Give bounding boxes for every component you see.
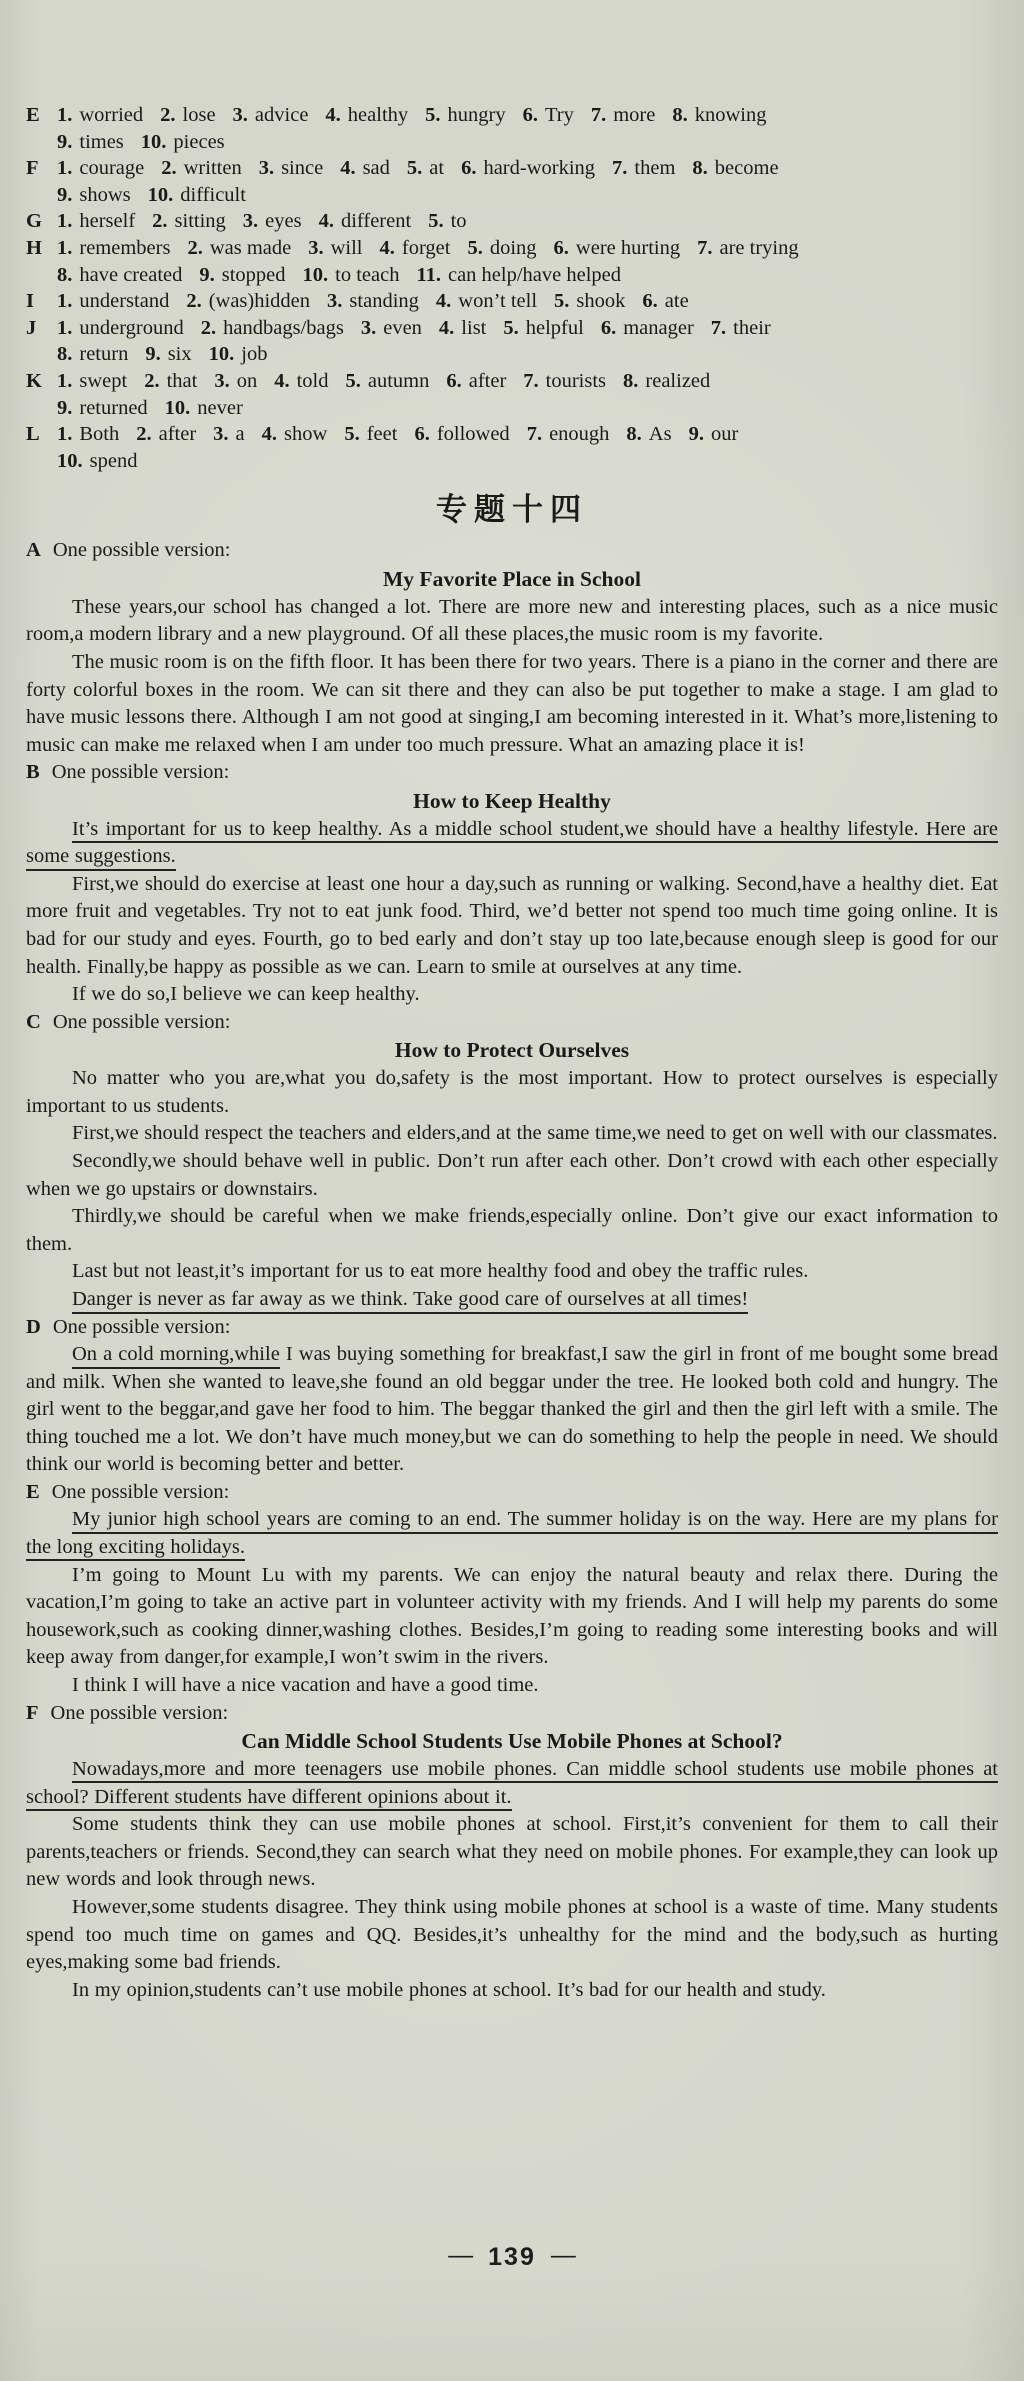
answer-item: 3.on bbox=[214, 368, 257, 395]
essay-paragraph: First,we should do exercise at least one… bbox=[26, 871, 998, 981]
answer-item-number: 3. bbox=[213, 423, 228, 445]
answer-item-number: 4. bbox=[436, 290, 451, 312]
underlined-text-segment: On a cold morning,while bbox=[72, 1343, 280, 1369]
answer-item: 8.realized bbox=[623, 368, 710, 395]
answer-item-text: to teach bbox=[335, 264, 399, 286]
essay-section: AOne possible version:My Favorite Place … bbox=[26, 537, 998, 759]
answer-item-number: 8. bbox=[57, 343, 72, 365]
answer-item: 7.their bbox=[711, 315, 771, 342]
answer-row: L1.Both2.after3.a4.show5.feet6.followed7… bbox=[26, 421, 998, 474]
answer-item-text: list bbox=[461, 317, 486, 339]
answer-row-line: F1.courage2.written3.since4.sad5.at6.har… bbox=[26, 155, 998, 182]
answer-item: 9.shows bbox=[57, 182, 131, 209]
essay-intro-line: AOne possible version: bbox=[26, 537, 998, 564]
answer-row-label: E bbox=[26, 102, 57, 129]
essay-title: How to Protect Ourselves bbox=[26, 1036, 998, 1065]
page-number: 139 bbox=[488, 2243, 536, 2271]
essay-intro-line: EOne possible version: bbox=[26, 1479, 998, 1506]
answer-item-number: 4. bbox=[319, 210, 334, 232]
answer-item-number: 9. bbox=[145, 343, 160, 365]
essay-paragraph: On a cold morning,while I was buying som… bbox=[26, 1341, 998, 1479]
answer-item: 3.since bbox=[259, 155, 324, 182]
answer-item-text: shows bbox=[79, 184, 130, 206]
answer-item-number: 2. bbox=[201, 317, 216, 339]
answer-item: 4.forget bbox=[380, 235, 451, 262]
answer-item-text: even bbox=[383, 317, 422, 339]
answer-row-line: 10.spend bbox=[26, 448, 998, 475]
answer-item-number: 1. bbox=[57, 157, 72, 179]
essay-title: How to Keep Healthy bbox=[26, 787, 998, 816]
essay-intro-text: One possible version: bbox=[53, 539, 231, 561]
answer-item-number: 5. bbox=[407, 157, 422, 179]
answer-item-text: hard-working bbox=[483, 157, 595, 179]
answer-item: 3.even bbox=[361, 315, 422, 342]
answer-item-text: ate bbox=[665, 290, 689, 312]
answer-item: 5.at bbox=[407, 155, 444, 182]
essay-paragraph: These years,our school has changed a lot… bbox=[26, 594, 998, 649]
answer-item-text: swept bbox=[79, 370, 127, 392]
answer-item: 2.lose bbox=[160, 102, 215, 129]
answer-item-text: their bbox=[733, 317, 771, 339]
answer-item: 4.won’t tell bbox=[436, 288, 537, 315]
answer-item-number: 3. bbox=[327, 290, 342, 312]
answer-item: 10.to teach bbox=[303, 262, 400, 289]
footer-right-dash: — bbox=[551, 2241, 576, 2269]
answer-item-number: 1. bbox=[57, 370, 72, 392]
answer-item-text: are trying bbox=[719, 237, 798, 259]
essay-section: DOne possible version:On a cold morning,… bbox=[26, 1314, 998, 1479]
answer-item-number: 11. bbox=[416, 264, 441, 286]
essay-section-label: E bbox=[26, 1481, 40, 1503]
answer-item-number: 3. bbox=[214, 370, 229, 392]
answer-item: 6.followed bbox=[414, 421, 509, 448]
answer-item-text: doing bbox=[490, 237, 537, 259]
answer-item-text: return bbox=[79, 343, 128, 365]
answer-item-number: 2. bbox=[136, 423, 151, 445]
answer-item-number: 1. bbox=[57, 317, 72, 339]
answer-item-number: 8. bbox=[57, 264, 72, 286]
underlined-text-segment: Danger is never as far away as we think.… bbox=[72, 1288, 748, 1314]
answer-item-text: more bbox=[613, 104, 655, 126]
answer-item-number: 5. bbox=[344, 423, 359, 445]
answer-item-text: Try bbox=[545, 104, 574, 126]
underlined-text-segment: It’s important for us to keep healthy. A… bbox=[26, 818, 998, 871]
essay-paragraph: Danger is never as far away as we think.… bbox=[26, 1286, 998, 1314]
answer-item-number: 6. bbox=[642, 290, 657, 312]
answer-item: 11.can help/have helped bbox=[416, 262, 621, 289]
answer-item-text: will bbox=[331, 237, 363, 259]
answer-row-label: G bbox=[26, 208, 57, 235]
essay-paragraph: Some students think they can use mobile … bbox=[26, 1811, 998, 1894]
answer-row-label: L bbox=[26, 421, 57, 448]
answer-item-text: herself bbox=[79, 210, 135, 232]
text-segment: Secondly,we should behave well in public… bbox=[26, 1150, 998, 1200]
answer-item: 5.shook bbox=[554, 288, 625, 315]
answer-item-number: 9. bbox=[689, 423, 704, 445]
answer-item-number: 8. bbox=[692, 157, 707, 179]
answer-item-text: autumn bbox=[368, 370, 430, 392]
answer-row-label: F bbox=[26, 155, 57, 182]
answer-item-text: sad bbox=[363, 157, 390, 179]
text-segment: These years,our school has changed a lot… bbox=[26, 596, 998, 646]
answer-row-line: J1.underground2.handbags/bags3.even4.lis… bbox=[26, 315, 998, 342]
answer-item-number: 10. bbox=[165, 397, 191, 419]
answer-item-text: at bbox=[429, 157, 444, 179]
answer-row-line: 9.shows10.difficult bbox=[26, 182, 998, 209]
answer-item-number: 3. bbox=[233, 104, 248, 126]
essay-section: BOne possible version:How to Keep Health… bbox=[26, 759, 998, 1009]
answer-item: 9.stopped bbox=[199, 262, 285, 289]
answer-item: 4.list bbox=[439, 315, 486, 342]
page-footer: —139— bbox=[0, 2243, 1024, 2272]
answer-item-text: was made bbox=[210, 237, 291, 259]
answer-item-text: to bbox=[451, 210, 467, 232]
answer-item-text: have created bbox=[79, 264, 182, 286]
answer-item-number: 7. bbox=[523, 370, 538, 392]
answer-item-text: hungry bbox=[448, 104, 506, 126]
answer-item-number: 5. bbox=[554, 290, 569, 312]
essay-paragraph: If we do so,I believe we can keep health… bbox=[26, 981, 998, 1009]
answer-item: 5.autumn bbox=[345, 368, 429, 395]
answer-item: 3.will bbox=[308, 235, 362, 262]
answer-item-number: 1. bbox=[57, 237, 72, 259]
answer-item-text: enough bbox=[549, 423, 609, 445]
answer-item-number: 4. bbox=[325, 104, 340, 126]
answer-item-text: Both bbox=[79, 423, 119, 445]
answer-item-number: 6. bbox=[601, 317, 616, 339]
answer-item-number: 8. bbox=[626, 423, 641, 445]
essay-paragraph: The music room is on the fifth floor. It… bbox=[26, 649, 998, 759]
answer-item: 1.worried bbox=[57, 102, 143, 129]
essay-paragraph: Last but not least,it’s important for us… bbox=[26, 1258, 998, 1286]
underlined-text-segment: My junior high school years are coming t… bbox=[26, 1508, 998, 1561]
answer-item-text: healthy bbox=[348, 104, 408, 126]
answer-item: 2.(was)hidden bbox=[186, 288, 310, 315]
answer-item-number: 3. bbox=[361, 317, 376, 339]
text-segment: I think I will have a nice vacation and … bbox=[72, 1674, 539, 1696]
text-segment: I’m going to Mount Lu with my parents. W… bbox=[26, 1564, 998, 1669]
answer-item: 6.manager bbox=[601, 315, 694, 342]
essay-paragraph: I think I will have a nice vacation and … bbox=[26, 1672, 998, 1700]
answer-item-text: spend bbox=[90, 450, 138, 472]
answer-item-text: pieces bbox=[173, 131, 224, 153]
essay-title: Can Middle School Students Use Mobile Ph… bbox=[26, 1727, 998, 1756]
answer-item-number: 2. bbox=[144, 370, 159, 392]
answer-item: 1.swept bbox=[57, 368, 127, 395]
answer-item: 6.were hurting bbox=[554, 235, 681, 262]
answer-item: 9.returned bbox=[57, 395, 148, 422]
answer-item-text: were hurting bbox=[576, 237, 680, 259]
essay-section-label: F bbox=[26, 1702, 39, 1724]
answer-item-number: 3. bbox=[308, 237, 323, 259]
essay-intro-line: BOne possible version: bbox=[26, 759, 998, 786]
answer-item-text: never bbox=[197, 397, 243, 419]
answer-item: 7.are trying bbox=[697, 235, 799, 262]
answer-item-number: 6. bbox=[414, 423, 429, 445]
text-segment: The music room is on the fifth floor. It… bbox=[26, 651, 998, 756]
answer-item: 5.hungry bbox=[425, 102, 505, 129]
essay-intro-text: One possible version: bbox=[52, 761, 230, 783]
answer-row-label: H bbox=[26, 235, 57, 262]
answer-item-number: 1. bbox=[57, 290, 72, 312]
answer-item-text: written bbox=[184, 157, 242, 179]
answer-item-text: won’t tell bbox=[458, 290, 537, 312]
answer-item: 1.courage bbox=[57, 155, 144, 182]
answer-item-text: remembers bbox=[79, 237, 170, 259]
answer-item-number: 4. bbox=[439, 317, 454, 339]
answer-item-number: 7. bbox=[711, 317, 726, 339]
answer-item-text: worried bbox=[79, 104, 143, 126]
answer-row-line: L1.Both2.after3.a4.show5.feet6.followed7… bbox=[26, 421, 998, 448]
answer-item-number: 10. bbox=[141, 131, 167, 153]
answer-item-number: 6. bbox=[446, 370, 461, 392]
answer-item-number: 5. bbox=[467, 237, 482, 259]
answer-item: 8.become bbox=[692, 155, 778, 182]
answer-item: 9.six bbox=[145, 341, 191, 368]
answer-item-text: underground bbox=[79, 317, 183, 339]
answer-item: 4.show bbox=[262, 421, 328, 448]
answer-item-text: lose bbox=[183, 104, 216, 126]
answer-item-number: 1. bbox=[57, 210, 72, 232]
answer-item: 7.them bbox=[612, 155, 675, 182]
answer-item-text: courage bbox=[79, 157, 144, 179]
text-segment: In my opinion,students can’t use mobile … bbox=[72, 1979, 826, 2001]
answer-row: F1.courage2.written3.since4.sad5.at6.har… bbox=[26, 155, 998, 208]
answer-item: 6.after bbox=[446, 368, 506, 395]
answer-item-number: 4. bbox=[274, 370, 289, 392]
answer-row: G1.herself2.sitting3.eyes4.different5.to bbox=[26, 208, 998, 235]
answer-row: E1.worried2.lose3.advice4.healthy5.hungr… bbox=[26, 102, 998, 155]
answer-item: 7.tourists bbox=[523, 368, 606, 395]
answer-item-text: them bbox=[634, 157, 675, 179]
answer-item-number: 10. bbox=[303, 264, 329, 286]
answer-item-text: sitting bbox=[175, 210, 226, 232]
answer-item-number: 3. bbox=[243, 210, 258, 232]
answer-row-line: 9.returned10.never bbox=[26, 395, 998, 422]
answer-item-text: (was)hidden bbox=[209, 290, 310, 312]
answer-item: 3.a bbox=[213, 421, 244, 448]
answer-item: 2.sitting bbox=[152, 208, 226, 235]
answer-item-number: 5. bbox=[428, 210, 443, 232]
essay-paragraph: No matter who you are,what you do,safety… bbox=[26, 1065, 998, 1120]
answer-item-text: can help/have helped bbox=[448, 264, 621, 286]
answer-item: 3.eyes bbox=[243, 208, 302, 235]
answer-row-line: I1.understand2.(was)hidden3.standing4.wo… bbox=[26, 288, 998, 315]
footer-left-dash: — bbox=[448, 2241, 473, 2269]
essay-title: My Favorite Place in School bbox=[26, 565, 998, 594]
answer-item-number: 2. bbox=[152, 210, 167, 232]
answer-item-text: difficult bbox=[180, 184, 246, 206]
answer-item: 5.doing bbox=[467, 235, 536, 262]
answer-item: 1.underground bbox=[57, 315, 184, 342]
answer-row-line: 8.have created9.stopped10.to teach11.can… bbox=[26, 262, 998, 289]
essay-paragraph: However,some students disagree. They thi… bbox=[26, 1894, 998, 1977]
answer-row-line: E1.worried2.lose3.advice4.healthy5.hungr… bbox=[26, 102, 998, 129]
answer-item: 3.advice bbox=[233, 102, 309, 129]
answer-item: 2.was made bbox=[187, 235, 291, 262]
answer-row-line: 9.times10.pieces bbox=[26, 129, 998, 156]
answer-item-number: 10. bbox=[57, 450, 83, 472]
answer-item-text: feet bbox=[367, 423, 398, 445]
answer-item-number: 7. bbox=[697, 237, 712, 259]
essay-paragraph: First,we should respect the teachers and… bbox=[26, 1120, 998, 1148]
answer-item-number: 9. bbox=[57, 131, 72, 153]
answer-item-text: shook bbox=[576, 290, 625, 312]
answer-row: I1.understand2.(was)hidden3.standing4.wo… bbox=[26, 288, 998, 315]
answer-item-text: told bbox=[297, 370, 329, 392]
answer-item-text: As bbox=[649, 423, 672, 445]
text-segment: First,we should respect the teachers and… bbox=[72, 1122, 998, 1144]
answer-item-number: 5. bbox=[345, 370, 360, 392]
essay-intro-text: One possible version: bbox=[51, 1702, 229, 1724]
answer-item-text: different bbox=[341, 210, 411, 232]
answer-item-text: helpful bbox=[526, 317, 584, 339]
answer-item-text: realized bbox=[645, 370, 710, 392]
answer-item: 2.handbags/bags bbox=[201, 315, 344, 342]
answer-row-line: G1.herself2.sitting3.eyes4.different5.to bbox=[26, 208, 998, 235]
essay-intro-text: One possible version: bbox=[53, 1316, 231, 1338]
essay-paragraph: It’s important for us to keep healthy. A… bbox=[26, 816, 998, 871]
answer-item: 8.knowing bbox=[672, 102, 766, 129]
essay-paragraph: In my opinion,students can’t use mobile … bbox=[26, 1977, 998, 2005]
answer-item: 9.our bbox=[689, 421, 739, 448]
answer-item: 1.remembers bbox=[57, 235, 170, 262]
text-segment: Some students think they can use mobile … bbox=[26, 1813, 998, 1890]
scanned-book-page: E1.worried2.lose3.advice4.healthy5.hungr… bbox=[0, 0, 1024, 2004]
answer-item-number: 8. bbox=[623, 370, 638, 392]
answer-item: 1.understand bbox=[57, 288, 169, 315]
answer-item-text: since bbox=[281, 157, 323, 179]
answer-item: 10.spend bbox=[57, 448, 137, 475]
answer-item: 10.difficult bbox=[148, 182, 246, 209]
answer-item-text: on bbox=[237, 370, 258, 392]
essay-section: EOne possible version:My junior high sch… bbox=[26, 1479, 998, 1700]
answer-item-text: tourists bbox=[546, 370, 606, 392]
answer-item: 5.feet bbox=[344, 421, 397, 448]
essay-paragraph: Nowadays,more and more teenagers use mob… bbox=[26, 1756, 998, 1811]
answer-item-number: 4. bbox=[262, 423, 277, 445]
answer-item: 8.return bbox=[57, 341, 128, 368]
answer-row-label: J bbox=[26, 315, 57, 342]
answer-item: 9.times bbox=[57, 129, 124, 156]
answer-item-text: handbags/bags bbox=[223, 317, 344, 339]
answer-item-text: knowing bbox=[695, 104, 767, 126]
answer-item: 6.hard-working bbox=[461, 155, 595, 182]
answer-item-text: our bbox=[711, 423, 738, 445]
answer-item: 5.helpful bbox=[503, 315, 583, 342]
answer-item-number: 6. bbox=[523, 104, 538, 126]
answer-item-number: 9. bbox=[57, 184, 72, 206]
answer-item: 10.never bbox=[165, 395, 243, 422]
essay-section: FOne possible version:Can Middle School … bbox=[26, 1700, 998, 2005]
answer-item-number: 2. bbox=[160, 104, 175, 126]
essay-paragraph: Secondly,we should behave well in public… bbox=[26, 1148, 998, 1203]
answer-item-text: after bbox=[159, 423, 197, 445]
answer-item: 7.enough bbox=[527, 421, 610, 448]
answer-item-text: standing bbox=[349, 290, 418, 312]
answer-item-number: 1. bbox=[57, 104, 72, 126]
answer-item: 2.that bbox=[144, 368, 197, 395]
answer-row-label: K bbox=[26, 368, 57, 395]
answer-item: 5.to bbox=[428, 208, 466, 235]
text-segment: Last but not least,it’s important for us… bbox=[72, 1260, 808, 1282]
essay-section: COne possible version:How to Protect Our… bbox=[26, 1009, 998, 1314]
essay-intro-line: FOne possible version: bbox=[26, 1700, 998, 1727]
answer-row-line: K1.swept2.that3.on4.told5.autumn6.after7… bbox=[26, 368, 998, 395]
essay-paragraph: I’m going to Mount Lu with my parents. W… bbox=[26, 1562, 998, 1672]
answer-item-text: a bbox=[236, 423, 245, 445]
answer-item-number: 5. bbox=[503, 317, 518, 339]
answer-item-number: 7. bbox=[527, 423, 542, 445]
answer-row-line: 8.return9.six10.job bbox=[26, 341, 998, 368]
text-segment: If we do so,I believe we can keep health… bbox=[72, 983, 420, 1005]
answer-item-number: 6. bbox=[554, 237, 569, 259]
essay-paragraph: Thirdly,we should be careful when we mak… bbox=[26, 1203, 998, 1258]
answer-item-number: 2. bbox=[187, 237, 202, 259]
answer-item-text: advice bbox=[255, 104, 309, 126]
answer-item-text: show bbox=[284, 423, 327, 445]
answer-item-text: six bbox=[168, 343, 192, 365]
answer-item-text: after bbox=[469, 370, 507, 392]
answer-item-text: understand bbox=[79, 290, 169, 312]
answer-item-text: followed bbox=[437, 423, 510, 445]
answer-item-number: 2. bbox=[186, 290, 201, 312]
answer-item: 2.after bbox=[136, 421, 196, 448]
answer-item-number: 9. bbox=[57, 397, 72, 419]
answer-item: 4.healthy bbox=[325, 102, 408, 129]
answer-item-number: 7. bbox=[612, 157, 627, 179]
essay-section-label: A bbox=[26, 539, 41, 561]
text-segment: Thirdly,we should be careful when we mak… bbox=[26, 1205, 998, 1255]
essay-section-label: C bbox=[26, 1011, 41, 1033]
answer-row-line: H1.remembers2.was made3.will4.forget5.do… bbox=[26, 235, 998, 262]
answer-item: 1.herself bbox=[57, 208, 135, 235]
answer-item-number: 4. bbox=[380, 237, 395, 259]
answer-item: 10.pieces bbox=[141, 129, 225, 156]
answer-item-number: 3. bbox=[259, 157, 274, 179]
answer-item: 6.Try bbox=[523, 102, 574, 129]
answer-item-text: stopped bbox=[222, 264, 286, 286]
essay-paragraph: My junior high school years are coming t… bbox=[26, 1506, 998, 1561]
answer-item: 2.written bbox=[161, 155, 241, 182]
answer-item-number: 4. bbox=[340, 157, 355, 179]
topic-header: 专题十四 bbox=[26, 484, 998, 529]
answer-item-number: 10. bbox=[209, 343, 235, 365]
answer-item-text: become bbox=[715, 157, 779, 179]
answer-item: 6.ate bbox=[642, 288, 688, 315]
answer-item-number: 9. bbox=[199, 264, 214, 286]
essay-section-label: B bbox=[26, 761, 40, 783]
answer-item-number: 7. bbox=[591, 104, 606, 126]
answer-item-text: times bbox=[79, 131, 123, 153]
answer-key: E1.worried2.lose3.advice4.healthy5.hungr… bbox=[26, 102, 998, 474]
underlined-text-segment: Nowadays,more and more teenagers use mob… bbox=[26, 1758, 998, 1811]
answer-item-text: that bbox=[167, 370, 198, 392]
answer-row: H1.remembers2.was made3.will4.forget5.do… bbox=[26, 235, 998, 288]
answer-item-text: job bbox=[241, 343, 267, 365]
answer-item: 1.Both bbox=[57, 421, 119, 448]
essays: AOne possible version:My Favorite Place … bbox=[26, 537, 998, 2004]
essay-intro-line: DOne possible version: bbox=[26, 1314, 998, 1341]
answer-item-number: 1. bbox=[57, 423, 72, 445]
answer-item-number: 5. bbox=[425, 104, 440, 126]
answer-item-number: 10. bbox=[148, 184, 174, 206]
answer-item-text: eyes bbox=[265, 210, 301, 232]
text-segment: No matter who you are,what you do,safety… bbox=[26, 1067, 998, 1117]
answer-item-text: returned bbox=[79, 397, 147, 419]
answer-item: 8.As bbox=[626, 421, 671, 448]
answer-item-text: forget bbox=[402, 237, 451, 259]
